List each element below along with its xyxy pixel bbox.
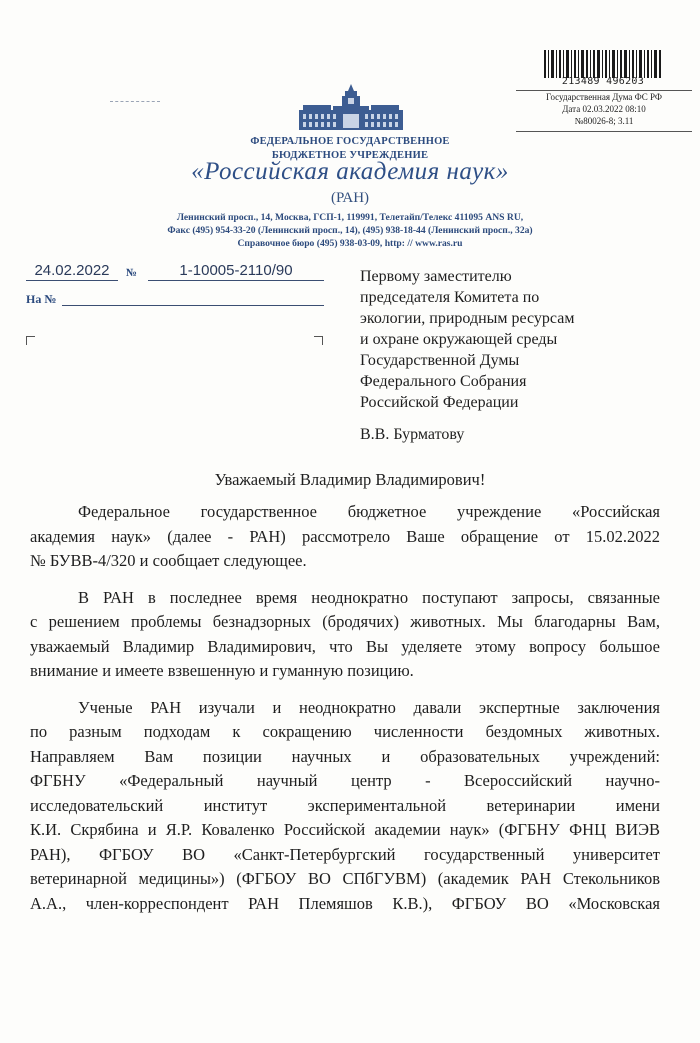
text-line: по разным подходам к сокращению численно… (30, 720, 660, 745)
stamp-receiver: Государственная Дума ФС РФ (516, 92, 692, 102)
addressee-name: В.В. Бурматову (360, 426, 464, 444)
text-line: РАН), ФГБОУ ВО «Санкт-Петербургский госу… (30, 843, 660, 868)
stamp-divider (516, 131, 692, 132)
text-line: Направляем Вам позиции научных и образов… (30, 745, 660, 770)
text-line: Ученые РАН изучали и неоднократно давали… (30, 696, 660, 721)
stamp-divider (516, 90, 692, 91)
addressee-block: Первому заместителю председателя Комитет… (360, 266, 680, 413)
text-line: исследовательский институт экспериментал… (30, 794, 660, 819)
text-line: К.И. Скрябина и Я.Р. Коваленко Российско… (30, 818, 660, 843)
reply-to-label: На № (26, 292, 56, 307)
stamp-number: №80026-8; 3.11 (516, 116, 692, 126)
addressee-line: и охране окружающей среды (360, 329, 680, 350)
addressee-line: экологии, природным ресурсам (360, 308, 680, 329)
org-address-line1: Ленинский просп., 14, Москва, ГСП-1, 119… (0, 212, 700, 223)
corner-mark-right (314, 336, 323, 345)
text-line: В РАН в последнее время неоднократно пос… (30, 586, 660, 611)
paragraph-3: Ученые РАН изучали и неоднократно давали… (30, 696, 660, 917)
org-name: «Российская академия наук» (0, 158, 700, 186)
salutation: Уважаемый Владимир Владимирович! (0, 470, 700, 490)
letter-body: Федеральное государственное бюджетное уч… (30, 500, 660, 928)
addressee-line: Государственной Думы (360, 350, 680, 371)
text-line: академия наук» (далее - РАН) рассмотрело… (30, 525, 660, 550)
barcode-number: 213489 496203 (540, 76, 666, 87)
outgoing-number: 1-10005-2110/90 (148, 262, 324, 281)
academy-building-icon (293, 84, 409, 132)
text-line: А.А., член-корреспондент РАН Племяшов К.… (30, 892, 660, 917)
addressee-line: Первому заместителю (360, 266, 680, 287)
text-line: с решением проблемы безнадзорных (бродяч… (30, 610, 660, 635)
scan-mark (110, 101, 160, 102)
outgoing-number-label: № (126, 267, 137, 279)
addressee-line: Федерального Собрания (360, 371, 680, 392)
outgoing-date: 24.02.2022 (26, 262, 118, 281)
reply-to-field (62, 305, 324, 306)
addressee-line: Российской Федерации (360, 392, 680, 413)
org-type-line1: ФЕДЕРАЛЬНОЕ ГОСУДАРСТВЕННОЕ (0, 136, 700, 147)
org-address-line3: Справочное бюро (495) 938-03-09, http: /… (0, 238, 700, 249)
text-line: Федеральное государственное бюджетное уч… (30, 500, 660, 525)
text-line: уважаемый Владимир Владимирович, что Вы … (30, 635, 660, 660)
text-line: внимание и имеете взвешенную и гуманную … (30, 659, 660, 684)
corner-mark-left (26, 336, 35, 345)
paragraph-1: Федеральное государственное бюджетное уч… (30, 500, 660, 574)
org-abbreviation: (РАН) (0, 190, 700, 207)
addressee-line: председателя Комитета по (360, 287, 680, 308)
text-line: № БУВВ-4/320 и сообщает следующее. (30, 549, 660, 574)
text-line: ветеринарной медицины») (ФГБОУ ВО СПбГУВ… (30, 867, 660, 892)
stamp-date: Дата 02.03.2022 08:10 (516, 104, 692, 114)
org-address-line2: Факс (495) 954-33-20 (Ленинский просп., … (0, 225, 700, 236)
barcode-icon (544, 50, 662, 78)
paragraph-2: В РАН в последнее время неоднократно пос… (30, 586, 660, 684)
text-line: ФГБНУ «Федеральный научный центр - Всеро… (30, 769, 660, 794)
